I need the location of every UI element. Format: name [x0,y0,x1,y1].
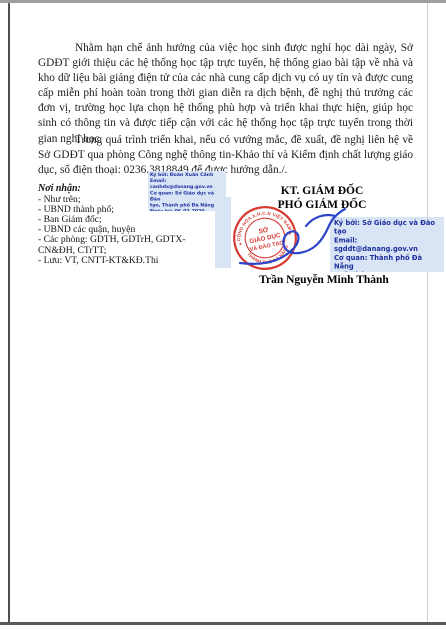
signature-title-line1: KT. GIÁM ĐỐC [246,185,398,197]
page-right-border [427,3,428,622]
viewer-bottom-edge [0,622,446,625]
digital-signature-org-strip [215,197,231,268]
recipient-item: - Lưu: VT, CNTT-KT&KĐ.Thi [38,256,190,266]
handwritten-signature [236,203,351,273]
signer-name: Trần Nguyễn Minh Thành [242,274,406,286]
viewer-top-edge [0,0,446,3]
body-paragraph-1: Nhằm hạn chế ảnh hưởng của việc học sinh… [38,41,413,147]
page-left-border [8,3,10,622]
digital-signature-personal-text: Ký bởi: Đoàn Xuân Cảnh Email: canhdx@dan… [150,172,224,211]
recipient-item: - Các phòng: GDTH, GDTrH, GDTX-CN&ĐH, CT… [38,235,190,255]
